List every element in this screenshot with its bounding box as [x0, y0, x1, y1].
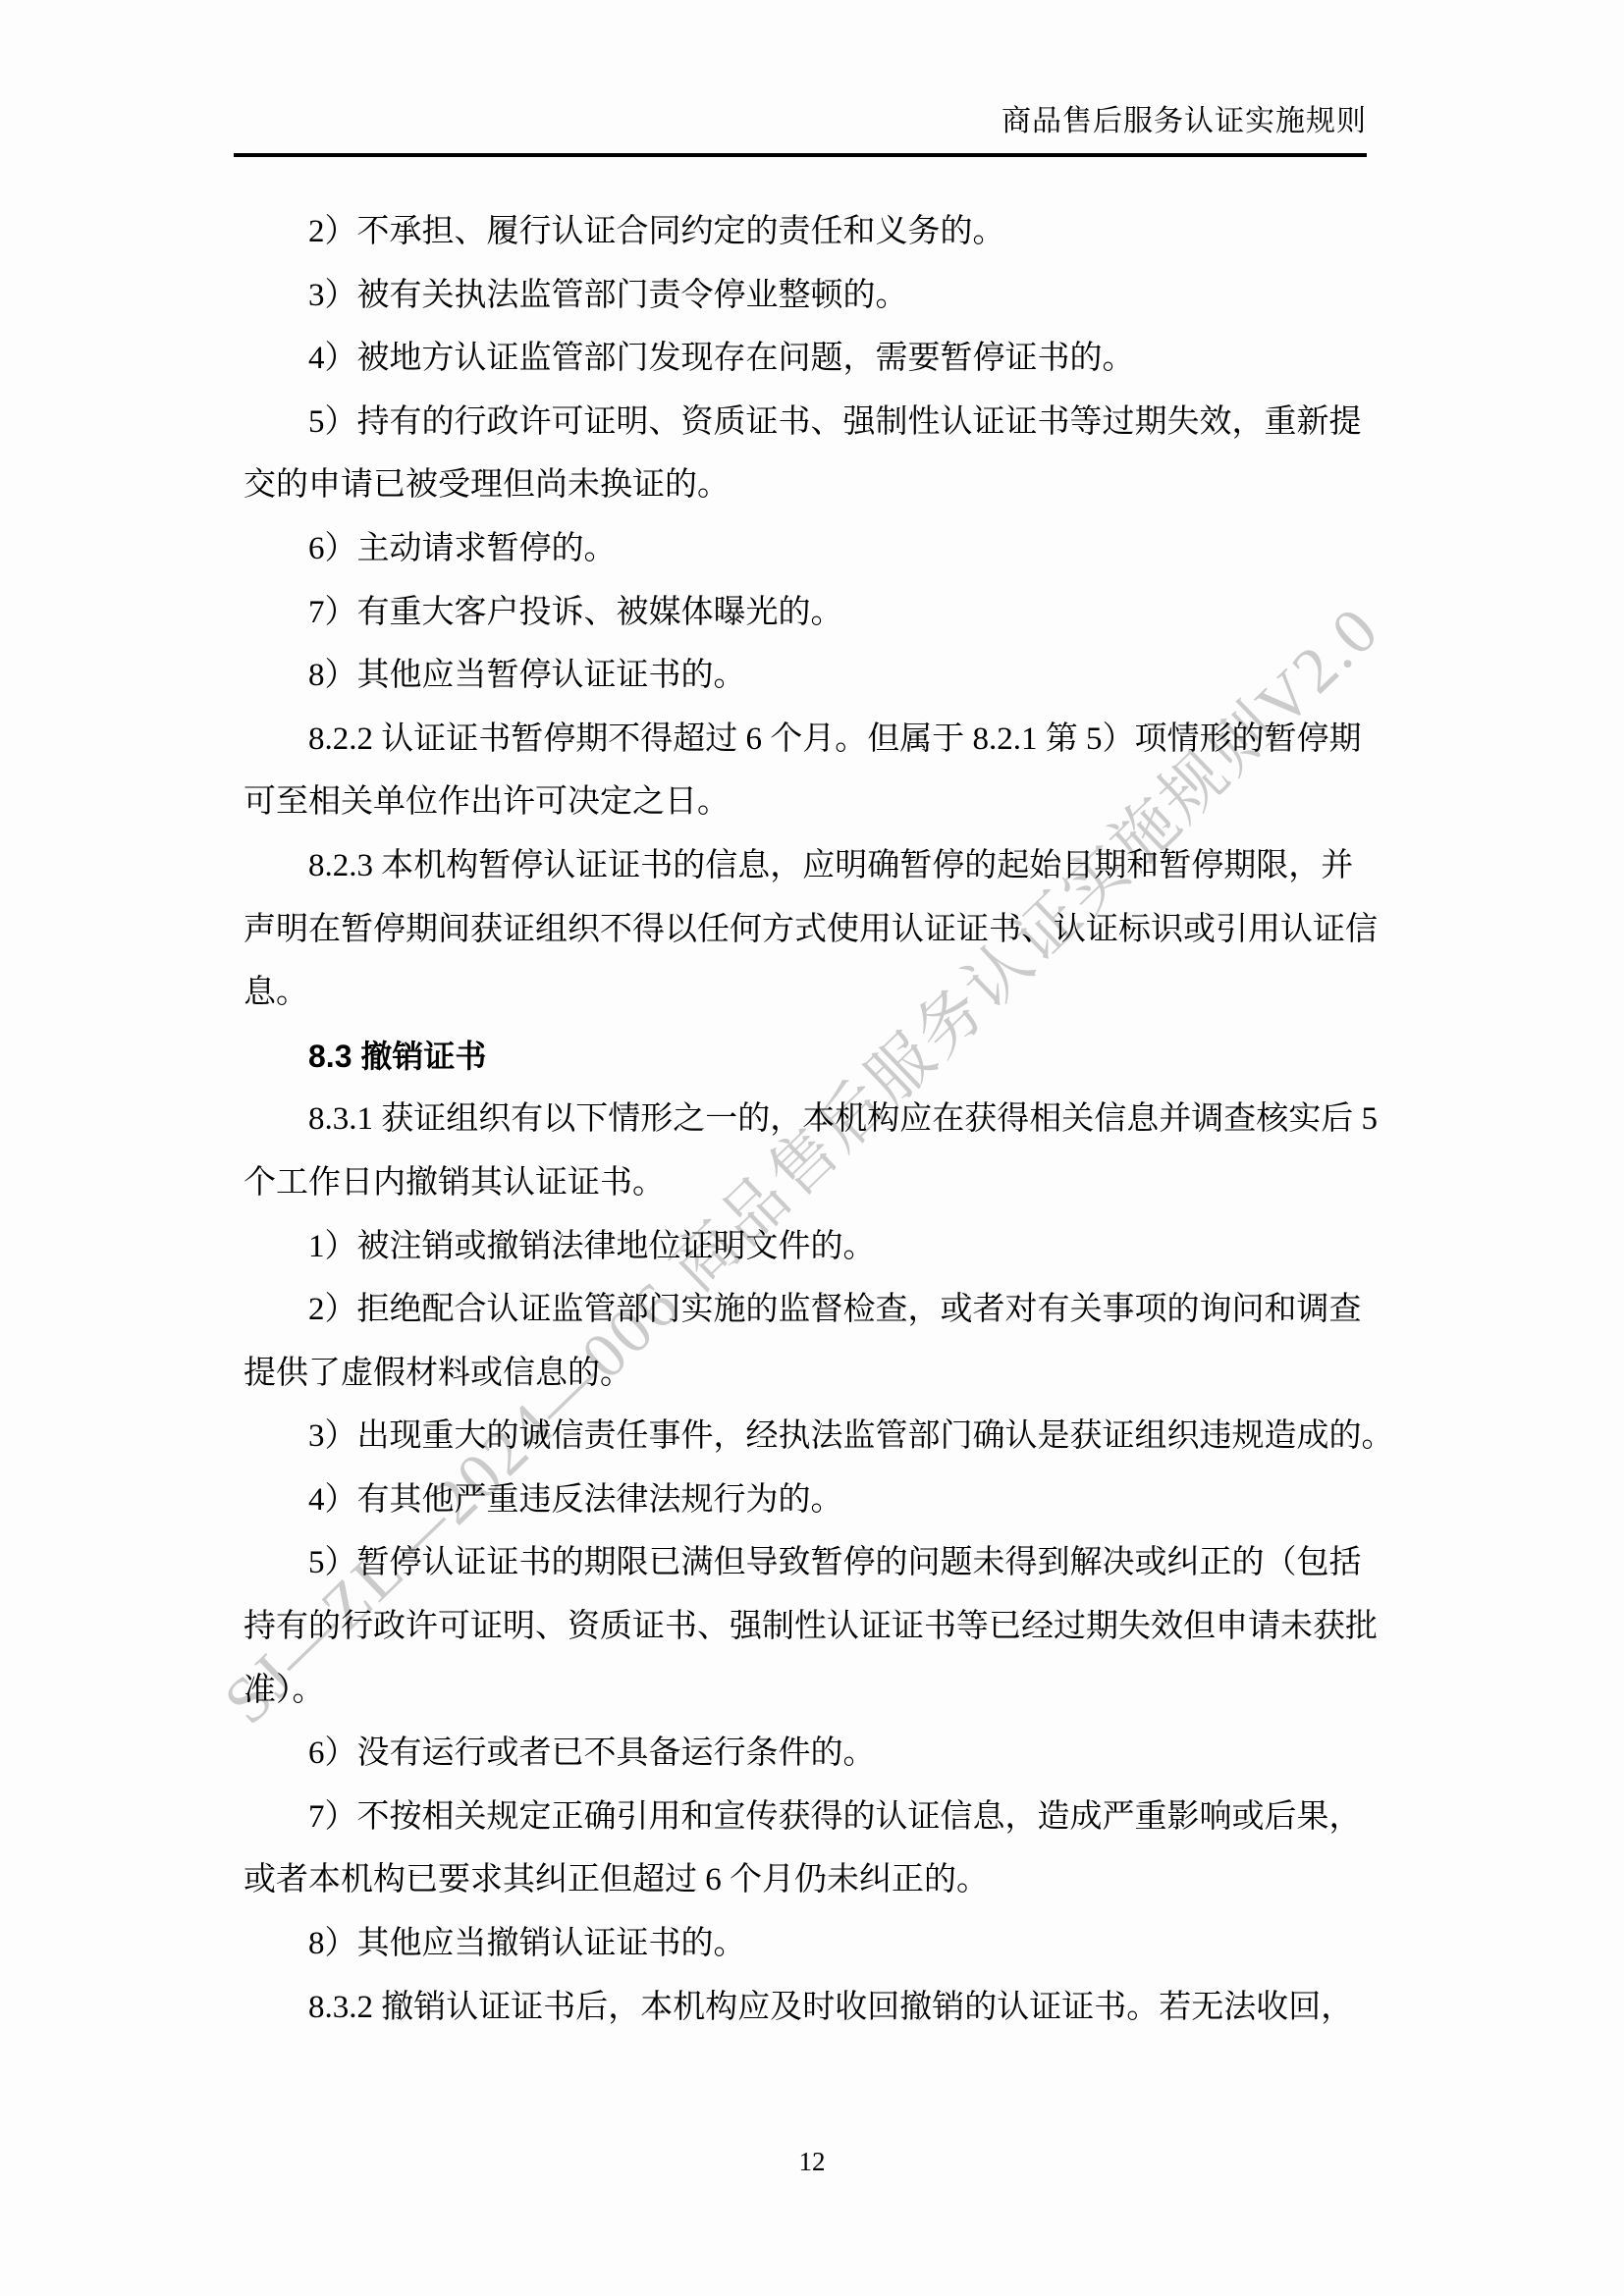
- text-line: 8）其他应当撤销认证证书的。: [244, 1912, 1388, 1976]
- page-footer: 12: [0, 2144, 1624, 2179]
- text-line: 8.3.1 获证组织有以下情形之一的，本机构应在获得相关信息并调查核实后 5: [244, 1088, 1388, 1151]
- header-title: 商品售后服务认证实施规则: [234, 100, 1367, 143]
- text-line: 4）有其他严重违反法律法规行为的。: [244, 1468, 1388, 1532]
- text-line: 2）不承担、履行认证合同约定的责任和义务的。: [244, 200, 1388, 264]
- text-line: 提供了虚假材料或信息的。: [244, 1342, 1388, 1406]
- text-line: 8.2.2 认证证书暂停期不得超过 6 个月。但属于 8.2.1 第 5）项情形…: [244, 708, 1388, 772]
- text-line: 准）。: [244, 1659, 1388, 1723]
- text-line: 8.2.3 本机构暂停认证证书的信息，应明确暂停的起始日期和暂停期限，并: [244, 834, 1388, 898]
- text-line: 个工作日内撤销其认证证书。: [244, 1151, 1388, 1215]
- header-divider: [234, 153, 1367, 157]
- text-line: 3）出现重大的诚信责任事件，经执法监管部门确认是获证组织违规造成的。: [244, 1405, 1388, 1468]
- text-line: 声明在暂停期间获证组织不得以任何方式使用认证证书、认证标识或引用认证信: [244, 898, 1388, 962]
- text-line: 持有的行政许可证明、资质证书、强制性认证证书等已经过期失效但申请未获批: [244, 1595, 1388, 1659]
- text-line: 1）被注销或撤销法律地位证明文件的。: [244, 1215, 1388, 1279]
- text-line: 5）持有的行政许可证明、资质证书、强制性认证证书等过期失效，重新提: [244, 391, 1388, 454]
- text-line: 8）其他应当暂停认证证书的。: [244, 644, 1388, 708]
- text-line: 4）被地方认证监管部门发现存在问题，需要暂停证书的。: [244, 327, 1388, 391]
- text-line: 6）主动请求暂停的。: [244, 517, 1388, 581]
- text-line: 息。: [244, 961, 1388, 1025]
- section-heading: 8.3 撤销证书: [244, 1025, 1388, 1089]
- document-body: 2）不承担、履行认证合同约定的责任和义务的。3）被有关执法监管部门责令停业整顿的…: [244, 200, 1388, 2039]
- text-line: 可至相关单位作出许可决定之日。: [244, 771, 1388, 834]
- page-number: 12: [799, 2147, 826, 2176]
- text-line: 7）有重大客户投诉、被媒体曝光的。: [244, 581, 1388, 645]
- text-line: 或者本机构已要求其纠正但超过 6 个月仍未纠正的。: [244, 1848, 1388, 1912]
- text-line: 7）不按相关规定正确引用和宣传获得的认证信息，造成严重影响或后果，: [244, 1786, 1388, 1849]
- text-line: 8.3.2 撤销认证证书后，本机构应及时收回撤销的认证证书。若无法收回，: [244, 1976, 1388, 2040]
- text-line: 6）没有运行或者已不具备运行条件的。: [244, 1722, 1388, 1786]
- text-line: 3）被有关执法监管部门责令停业整顿的。: [244, 264, 1388, 328]
- text-line: 2）拒绝配合认证监管部门实施的监督检查，或者对有关事项的询问和调查: [244, 1278, 1388, 1342]
- text-line: 5）暂停认证证书的期限已满但导致暂停的问题未得到解决或纠正的（包括: [244, 1531, 1388, 1595]
- text-line: 交的申请已被受理但尚未换证的。: [244, 454, 1388, 517]
- document-page: SJ—ZL—2024—006 商品售后服务认证实施规则V2.0 商品售后服务认证…: [0, 0, 1624, 2296]
